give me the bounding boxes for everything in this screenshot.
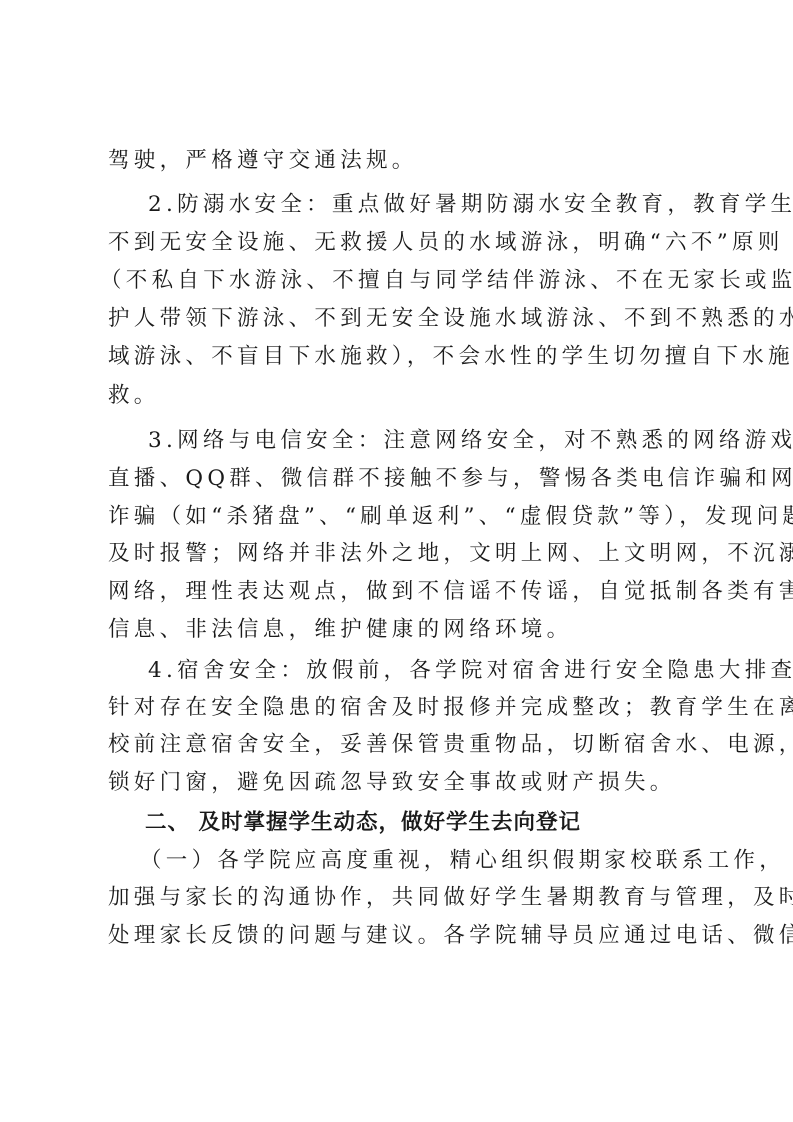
paragraph-line: 信息、非法信息，维护健康的网络环境。 bbox=[108, 617, 708, 643]
paragraph-line: 护人带领下游泳、不到无安全设施水域游泳、不到不熟悉的水 bbox=[108, 306, 708, 332]
paragraph-line: 直播、QQ群、微信群不接触不参与，警惕各类电信诈骗和网络 bbox=[108, 466, 708, 492]
paragraph-line: 针对存在安全隐患的宿舍及时报修并完成整改；教育学生在离 bbox=[108, 695, 708, 721]
paragraph-line: 域游泳、不盲目下水施救），不会水性的学生切勿擅自下水施 bbox=[108, 344, 708, 370]
paragraph-line: 诈骗（如“杀猪盘”、“刷单返利”、“虚假贷款”等），发现问题 bbox=[108, 504, 708, 530]
paragraph-line: 网络，理性表达观点，做到不信谣不传谣，自觉抵制各类有害 bbox=[108, 579, 708, 605]
section-drowning-safety-line: 2.防溺水安全：重点做好暑期防溺水安全教育，教育学生 bbox=[148, 192, 748, 218]
subsection-line: （一）各学院应高度重视，精心组织假期家校联系工作， bbox=[140, 848, 740, 874]
paragraph-line: 处理家长反馈的问题与建议。各学院辅导员应通过电话、微信、 bbox=[108, 923, 708, 949]
document-page: 驾驶，严格遵守交通法规。 2.防溺水安全：重点做好暑期防溺水安全教育，教育学生 … bbox=[0, 0, 793, 1122]
paragraph-line: 校前注意宿舍安全，妥善保管贵重物品，切断宿舍水、电源， bbox=[108, 732, 708, 758]
paragraph-line: 加强与家长的沟通协作，共同做好学生暑期教育与管理，及时 bbox=[108, 885, 708, 911]
paragraph-line: 及时报警；网络并非法外之地，文明上网、上文明网，不沉溺 bbox=[108, 541, 708, 567]
paragraph-line: 救。 bbox=[108, 383, 708, 409]
section-network-safety-line: 3.网络与电信安全：注意网络安全，对不熟悉的网络游戏、 bbox=[148, 428, 748, 454]
section-heading: 二、 及时掌握学生动态，做好学生去向登记 bbox=[145, 810, 745, 836]
paragraph-line: 锁好门窗，避免因疏忽导致安全事故或财产损失。 bbox=[108, 770, 708, 796]
paragraph-line: 不到无安全设施、无救援人员的水域游泳，明确“六不”原则 bbox=[108, 230, 708, 256]
paragraph-line: （不私自下水游泳、不擅自与同学结伴游泳、不在无家长或监 bbox=[100, 268, 700, 294]
paragraph-line: 驾驶，严格遵守交通法规。 bbox=[108, 148, 708, 174]
section-dorm-safety-line: 4.宿舍安全：放假前，各学院对宿舍进行安全隐患大排查， bbox=[148, 658, 748, 684]
